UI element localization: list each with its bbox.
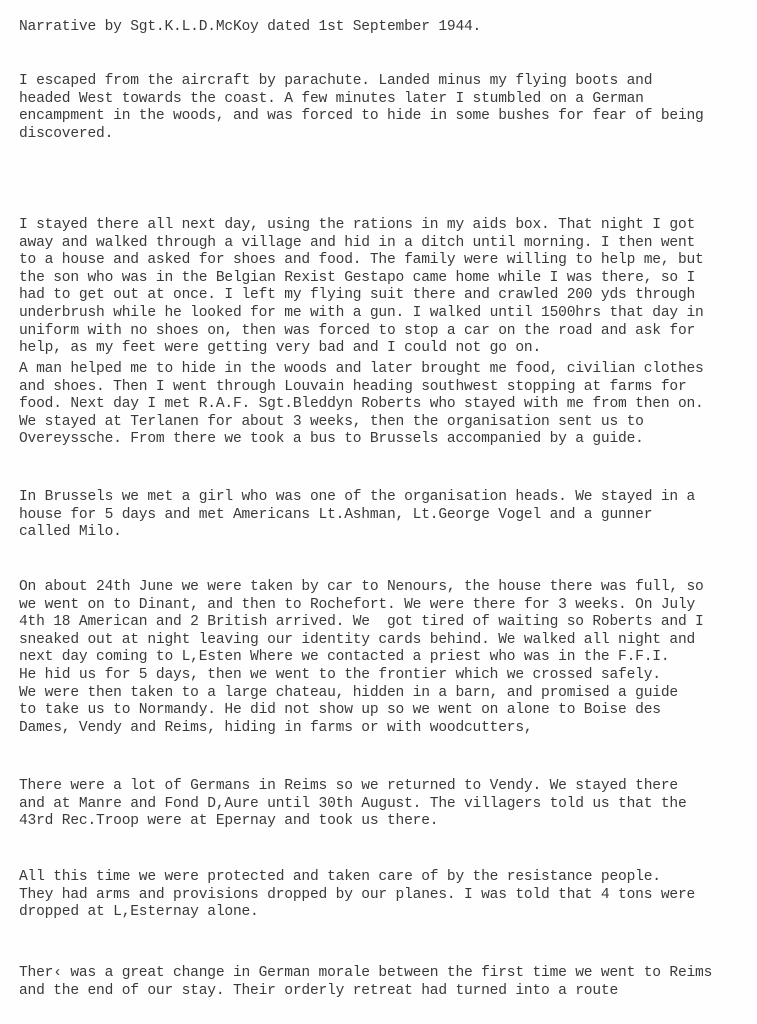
text-line: They had arms and provisions dropped by … bbox=[19, 887, 695, 905]
text-line: We stayed at Terlanen for about 3 weeks,… bbox=[19, 414, 704, 432]
text-line: and at Manre and Fond D,Aure until 30th … bbox=[19, 796, 687, 814]
text-line: I escaped from the aircraft by parachute… bbox=[19, 73, 704, 91]
text-line: and the end of our stay. Their orderly r… bbox=[19, 983, 712, 1001]
text-line: dropped at L,Esternay alone. bbox=[19, 904, 695, 922]
text-line: had to get out at once. I left my flying… bbox=[19, 287, 704, 305]
text-line: underbrush while he looked for me with a… bbox=[19, 305, 704, 323]
text-line: All this time we were protected and take… bbox=[19, 869, 695, 887]
text-line: food. Next day I met R.A.F. Sgt.Bleddyn … bbox=[19, 396, 704, 414]
text-line: we went on to Dinant, and then to Rochef… bbox=[19, 597, 704, 615]
text-line: uniform with no shoes on, then was force… bbox=[19, 323, 704, 341]
text-line: the son who was in the Belgian Rexist Ge… bbox=[19, 270, 704, 288]
text-line: and shoes. Then I went through Louvain h… bbox=[19, 379, 704, 397]
text-line: He hid us for 5 days, then we went to th… bbox=[19, 667, 704, 685]
paragraph-brussels: In Brussels we met a girl who was one of… bbox=[19, 489, 695, 542]
paragraph-escape: I escaped from the aircraft by parachute… bbox=[19, 73, 704, 143]
text-line: Dames, Vendy and Reims, hiding in farms … bbox=[19, 720, 704, 738]
text-line: A man helped me to hide in the woods and… bbox=[19, 361, 704, 379]
text-line: help, as my feet were getting very bad a… bbox=[19, 340, 704, 358]
text-line: Overeyssche. From there we took a bus to… bbox=[19, 431, 704, 449]
paragraph-reims: There were a lot of Germans in Reims so … bbox=[19, 778, 687, 831]
paragraph-resistance: All this time we were protected and take… bbox=[19, 869, 695, 922]
paragraph-morale: Ther‹ was a great change in German moral… bbox=[19, 965, 712, 1000]
text-line: house for 5 days and met Americans Lt.As… bbox=[19, 507, 695, 525]
text-line: to a house and asked for shoes and food.… bbox=[19, 252, 704, 270]
typed-document-page: Narrative by Sgt.K.L.D.McKoy dated 1st S… bbox=[0, 0, 757, 1024]
text-line: sneaked out at night leaving our identit… bbox=[19, 632, 704, 650]
document-title: Narrative by Sgt.K.L.D.McKoy dated 1st S… bbox=[19, 19, 481, 37]
text-line: encampment in the woods, and was forced … bbox=[19, 108, 704, 126]
text-line: headed West towards the coast. A few min… bbox=[19, 91, 704, 109]
paragraph-louvain: A man helped me to hide in the woods and… bbox=[19, 361, 704, 449]
text-line: 43rd Rec.Troop were at Epernay and took … bbox=[19, 813, 687, 831]
text-line: called Milo. bbox=[19, 524, 695, 542]
text-line: In Brussels we met a girl who was one of… bbox=[19, 489, 695, 507]
text-line: to take us to Normandy. He did not show … bbox=[19, 702, 704, 720]
text-line: On about 24th June we were taken by car … bbox=[19, 579, 704, 597]
text-line: away and walked through a village and hi… bbox=[19, 235, 704, 253]
paragraph-hiding: I stayed there all next day, using the r… bbox=[19, 217, 704, 358]
text-line: We were then taken to a large chateau, h… bbox=[19, 685, 704, 703]
text-line: discovered. bbox=[19, 126, 704, 144]
text-line: There were a lot of Germans in Reims so … bbox=[19, 778, 687, 796]
text-line: next day coming to L,Esten Where we cont… bbox=[19, 649, 704, 667]
text-line: I stayed there all next day, using the r… bbox=[19, 217, 704, 235]
paragraph-journey-france: On about 24th June we were taken by car … bbox=[19, 579, 704, 737]
text-line: Ther‹ was a great change in German moral… bbox=[19, 965, 712, 983]
text-line: 4th 18 American and 2 British arrived. W… bbox=[19, 614, 704, 632]
